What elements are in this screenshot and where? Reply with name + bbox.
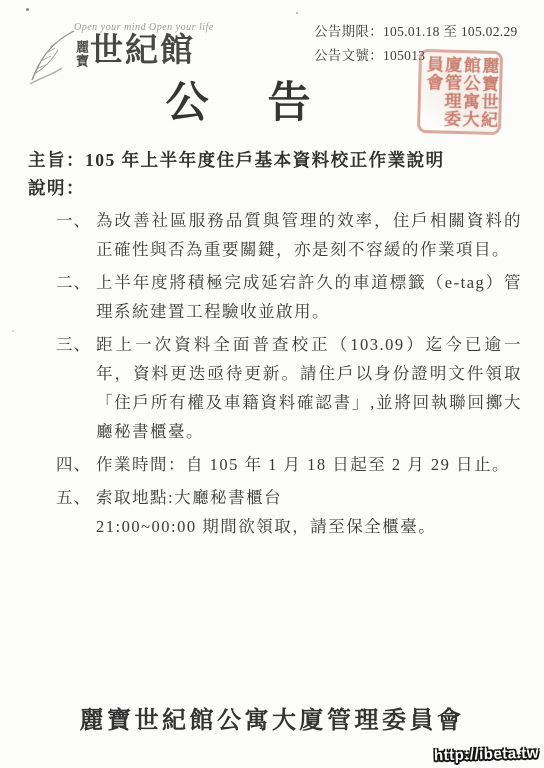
scan-speck [26,8,29,11]
brand-tagline: Open your mind Open your life [74,22,214,33]
item-body: 距上一次資料全面普查校正（103.09）迄今已逾一年，資料更迭亟待更新。請住戶以… [96,330,522,446]
item-number: 二、 [56,268,96,326]
item-text: 上半年度將積極完成延宕許久的車道標籤（e-tag）管理系統建置工程驗收並啟用。 [96,268,522,326]
item-number: 三、 [56,330,96,446]
item-number: 五、 [56,483,96,541]
brand-logo-text: Open your mind Open your life 麗寶 世紀館 [74,22,214,68]
notice-item-3: 三、 距上一次資料全面普查校正（103.09）迄今已逾一年，資料更迭亟待更新。請… [28,330,522,446]
notice-period-value: 105.01.18 至 105.02.29 [383,24,518,39]
item-text: 為改善社區服務品質與管理的效率，住戶相關資料的正確性與否為重要關鍵，亦是刻不容緩… [96,206,522,264]
item-body: 作業時間：自 105 年 1 月 18 日起至 2 月 29 日止。 [96,450,522,479]
item-text: 距上一次資料全面普查校正（103.09）迄今已逾一年，資料更迭亟待更新。請住戶以… [96,330,522,446]
item-body: 索取地點:大廳秘書櫃台 21:00~00:00 期間欲領取，請至保全櫃臺。 [96,483,522,541]
signature-line: 麗寶世紀館公寓大廈管理委員會 [0,700,544,735]
notice-body: 主旨：105 年上半年度住戶基本資料校正作業說明 說明： 一、 為改善社區服務品… [28,146,522,545]
notice-item-2: 二、 上半年度將積極完成延宕許久的車道標籤（e-tag）管理系統建置工程驗收並啟… [28,268,522,326]
notice-period-row: 公告期限：105.01.18 至 105.02.29 [314,20,518,44]
item-body: 上半年度將積極完成延宕許久的車道標籤（e-tag）管理系統建置工程驗收並啟用。 [96,268,522,326]
item-number: 四、 [56,450,96,479]
notice-period-label: 公告期限： [314,24,383,39]
item-body: 為改善社區服務品質與管理的效率，住戶相關資料的正確性與否為重要關鍵，亦是刻不容緩… [96,206,522,264]
item-text: 索取地點:大廳秘書櫃台 [96,483,522,512]
scan-speck [12,330,14,332]
brand-name-row: 麗寶 世紀館 [74,35,214,68]
notice-title: 公 告 [0,78,484,130]
notice-item-4: 四、 作業時間：自 105 年 1 月 18 日起至 2 月 29 日止。 [28,450,522,479]
brand-name-large: 世紀館 [90,35,195,68]
watermark-url: http://ibeta.tw [434,745,539,765]
item-subtext: 21:00~00:00 期間欲領取，請至保全櫃臺。 [96,512,522,541]
item-text: 作業時間：自 105 年 1 月 18 日起至 2 月 29 日止。 [96,450,522,479]
notice-item-1: 一、 為改善社區服務品質與管理的效率，住戶相關資料的正確性與否為重要關鍵，亦是刻… [28,206,522,264]
explanation-label: 說明： [28,174,522,202]
notice-item-5: 五、 索取地點:大廳秘書櫃台 21:00~00:00 期間欲領取，請至保全櫃臺。 [28,483,522,541]
subject-line: 主旨：105 年上半年度住戶基本資料校正作業說明 [28,146,522,174]
notice-document: Open your mind Open your life 麗寶 世紀館 公告期… [0,0,544,768]
notice-docno-label: 公告文號： [314,48,383,63]
brand-name-small: 麗寶 [74,40,88,68]
scan-speck [296,12,298,14]
item-number: 一、 [56,206,96,264]
